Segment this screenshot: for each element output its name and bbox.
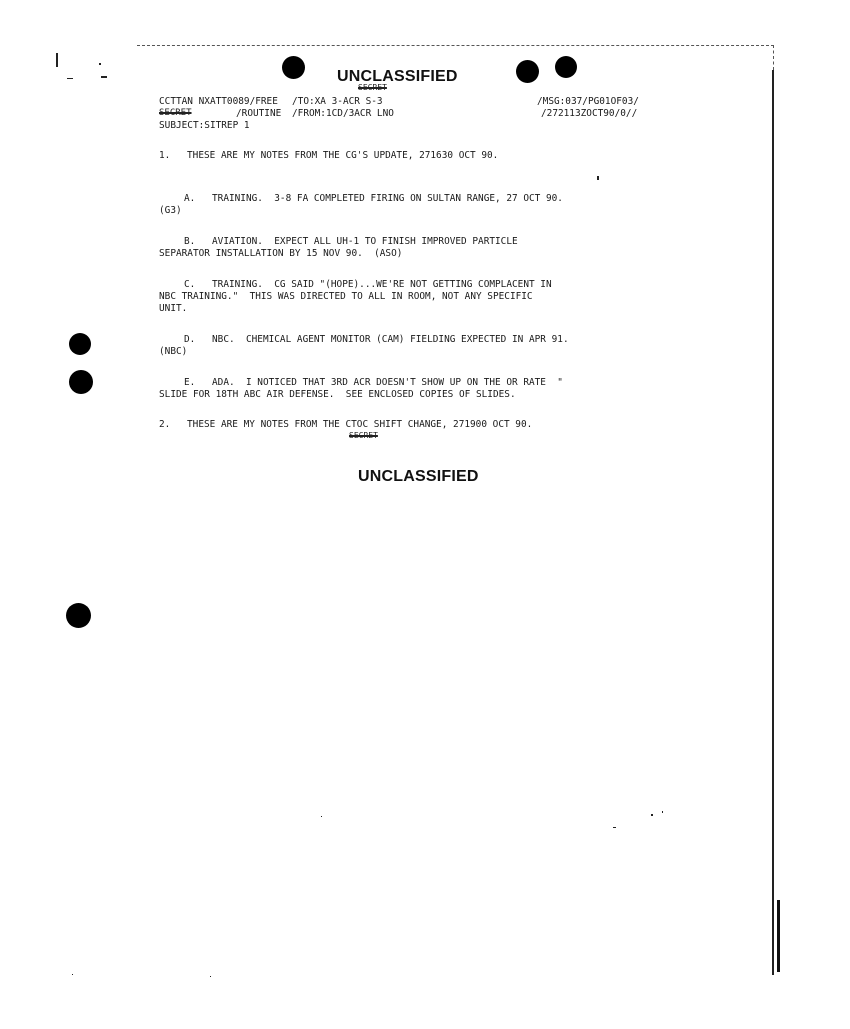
scan-mark [662, 811, 663, 813]
punch-hole-top-left [282, 56, 305, 79]
paragraph-1-number: 1. [159, 150, 170, 162]
subpara-b-line2: SEPARATOR INSTALLATION BY 15 NOV 90. (AS… [159, 248, 402, 260]
subpara-e-line2: SLIDE FOR 18TH ABC AIR DEFENSE. SEE ENCL… [159, 389, 516, 401]
page-right-border [773, 45, 774, 70]
paragraph-2-text: THESE ARE MY NOTES FROM THE CTOC SHIFT C… [187, 419, 532, 431]
struck-classification-top: SECRET [358, 83, 387, 92]
header-msg-page: /MSG:037/PG01OF03/ [537, 96, 639, 108]
header-struck-classification: SECRET [159, 108, 192, 118]
page-right-border-bottom [777, 900, 780, 972]
paragraph-1-text: THESE ARE MY NOTES FROM THE CG'S UPDATE,… [187, 150, 498, 162]
page-right-border-thick [772, 70, 774, 975]
subpara-c-line1: TRAINING. CG SAID "(HOPE)...WE'RE NOT GE… [212, 279, 552, 291]
punch-hole-top-right-2 [555, 56, 577, 78]
punch-hole-left-2 [69, 370, 93, 394]
subpara-c-line3: UNIT. [159, 303, 187, 315]
struck-classification-bottom: SECRET [349, 431, 378, 440]
scan-mark [613, 827, 616, 828]
header-precedence: /ROUTINE [236, 108, 281, 120]
punch-hole-left-1 [69, 333, 91, 355]
scanned-document-page: UNCLASSIFIED SECRET CCTTAN NXATT0089/FRE… [0, 0, 850, 1029]
subpara-d-line1: NBC. CHEMICAL AGENT MONITOR (CAM) FIELDI… [212, 334, 569, 346]
subpara-b-line1: AVIATION. EXPECT ALL UH-1 TO FINISH IMPR… [212, 236, 518, 248]
subpara-c-line2: NBC TRAINING." THIS WAS DIRECTED TO ALL … [159, 291, 533, 303]
scan-mark [67, 78, 73, 79]
scan-mark [321, 816, 322, 817]
header-dtg: /272113ZOCT90/0// [541, 108, 637, 120]
subpara-e-line1: ADA. I NOTICED THAT 3RD ACR DOESN'T SHOW… [212, 377, 563, 389]
subpara-a-line1: TRAINING. 3-8 FA COMPLETED FIRING ON SUL… [212, 193, 563, 205]
scan-mark [56, 53, 58, 67]
classification-banner-bottom: UNCLASSIFIED [358, 468, 479, 486]
header-subject: SUBJECT:SITREP 1 [159, 120, 250, 132]
punch-hole-left-3 [66, 603, 91, 628]
subpara-c-letter: C. [184, 279, 195, 291]
scan-mark [72, 974, 73, 975]
scan-mark [101, 76, 107, 78]
scan-mark [210, 976, 211, 977]
scan-mark [99, 63, 101, 65]
page-top-border [137, 45, 774, 46]
scan-mark [597, 176, 599, 180]
header-originator: CCTTAN NXATT0089/FREE [159, 96, 278, 108]
subpara-e-letter: E. [184, 377, 195, 389]
subpara-d-line2: (NBC) [159, 346, 187, 358]
subpara-d-letter: D. [184, 334, 195, 346]
subpara-a-line2: (G3) [159, 205, 182, 217]
subpara-b-letter: B. [184, 236, 195, 248]
paragraph-2-number: 2. [159, 419, 170, 431]
scan-mark [651, 814, 653, 816]
header-from: /FROM:1CD/3ACR LNO [292, 108, 394, 120]
header-to: /TO:XA 3-ACR S-3 [292, 96, 383, 108]
classification-banner-top: UNCLASSIFIED [337, 68, 458, 86]
subpara-a-letter: A. [184, 193, 195, 205]
punch-hole-top-right-1 [516, 60, 539, 83]
